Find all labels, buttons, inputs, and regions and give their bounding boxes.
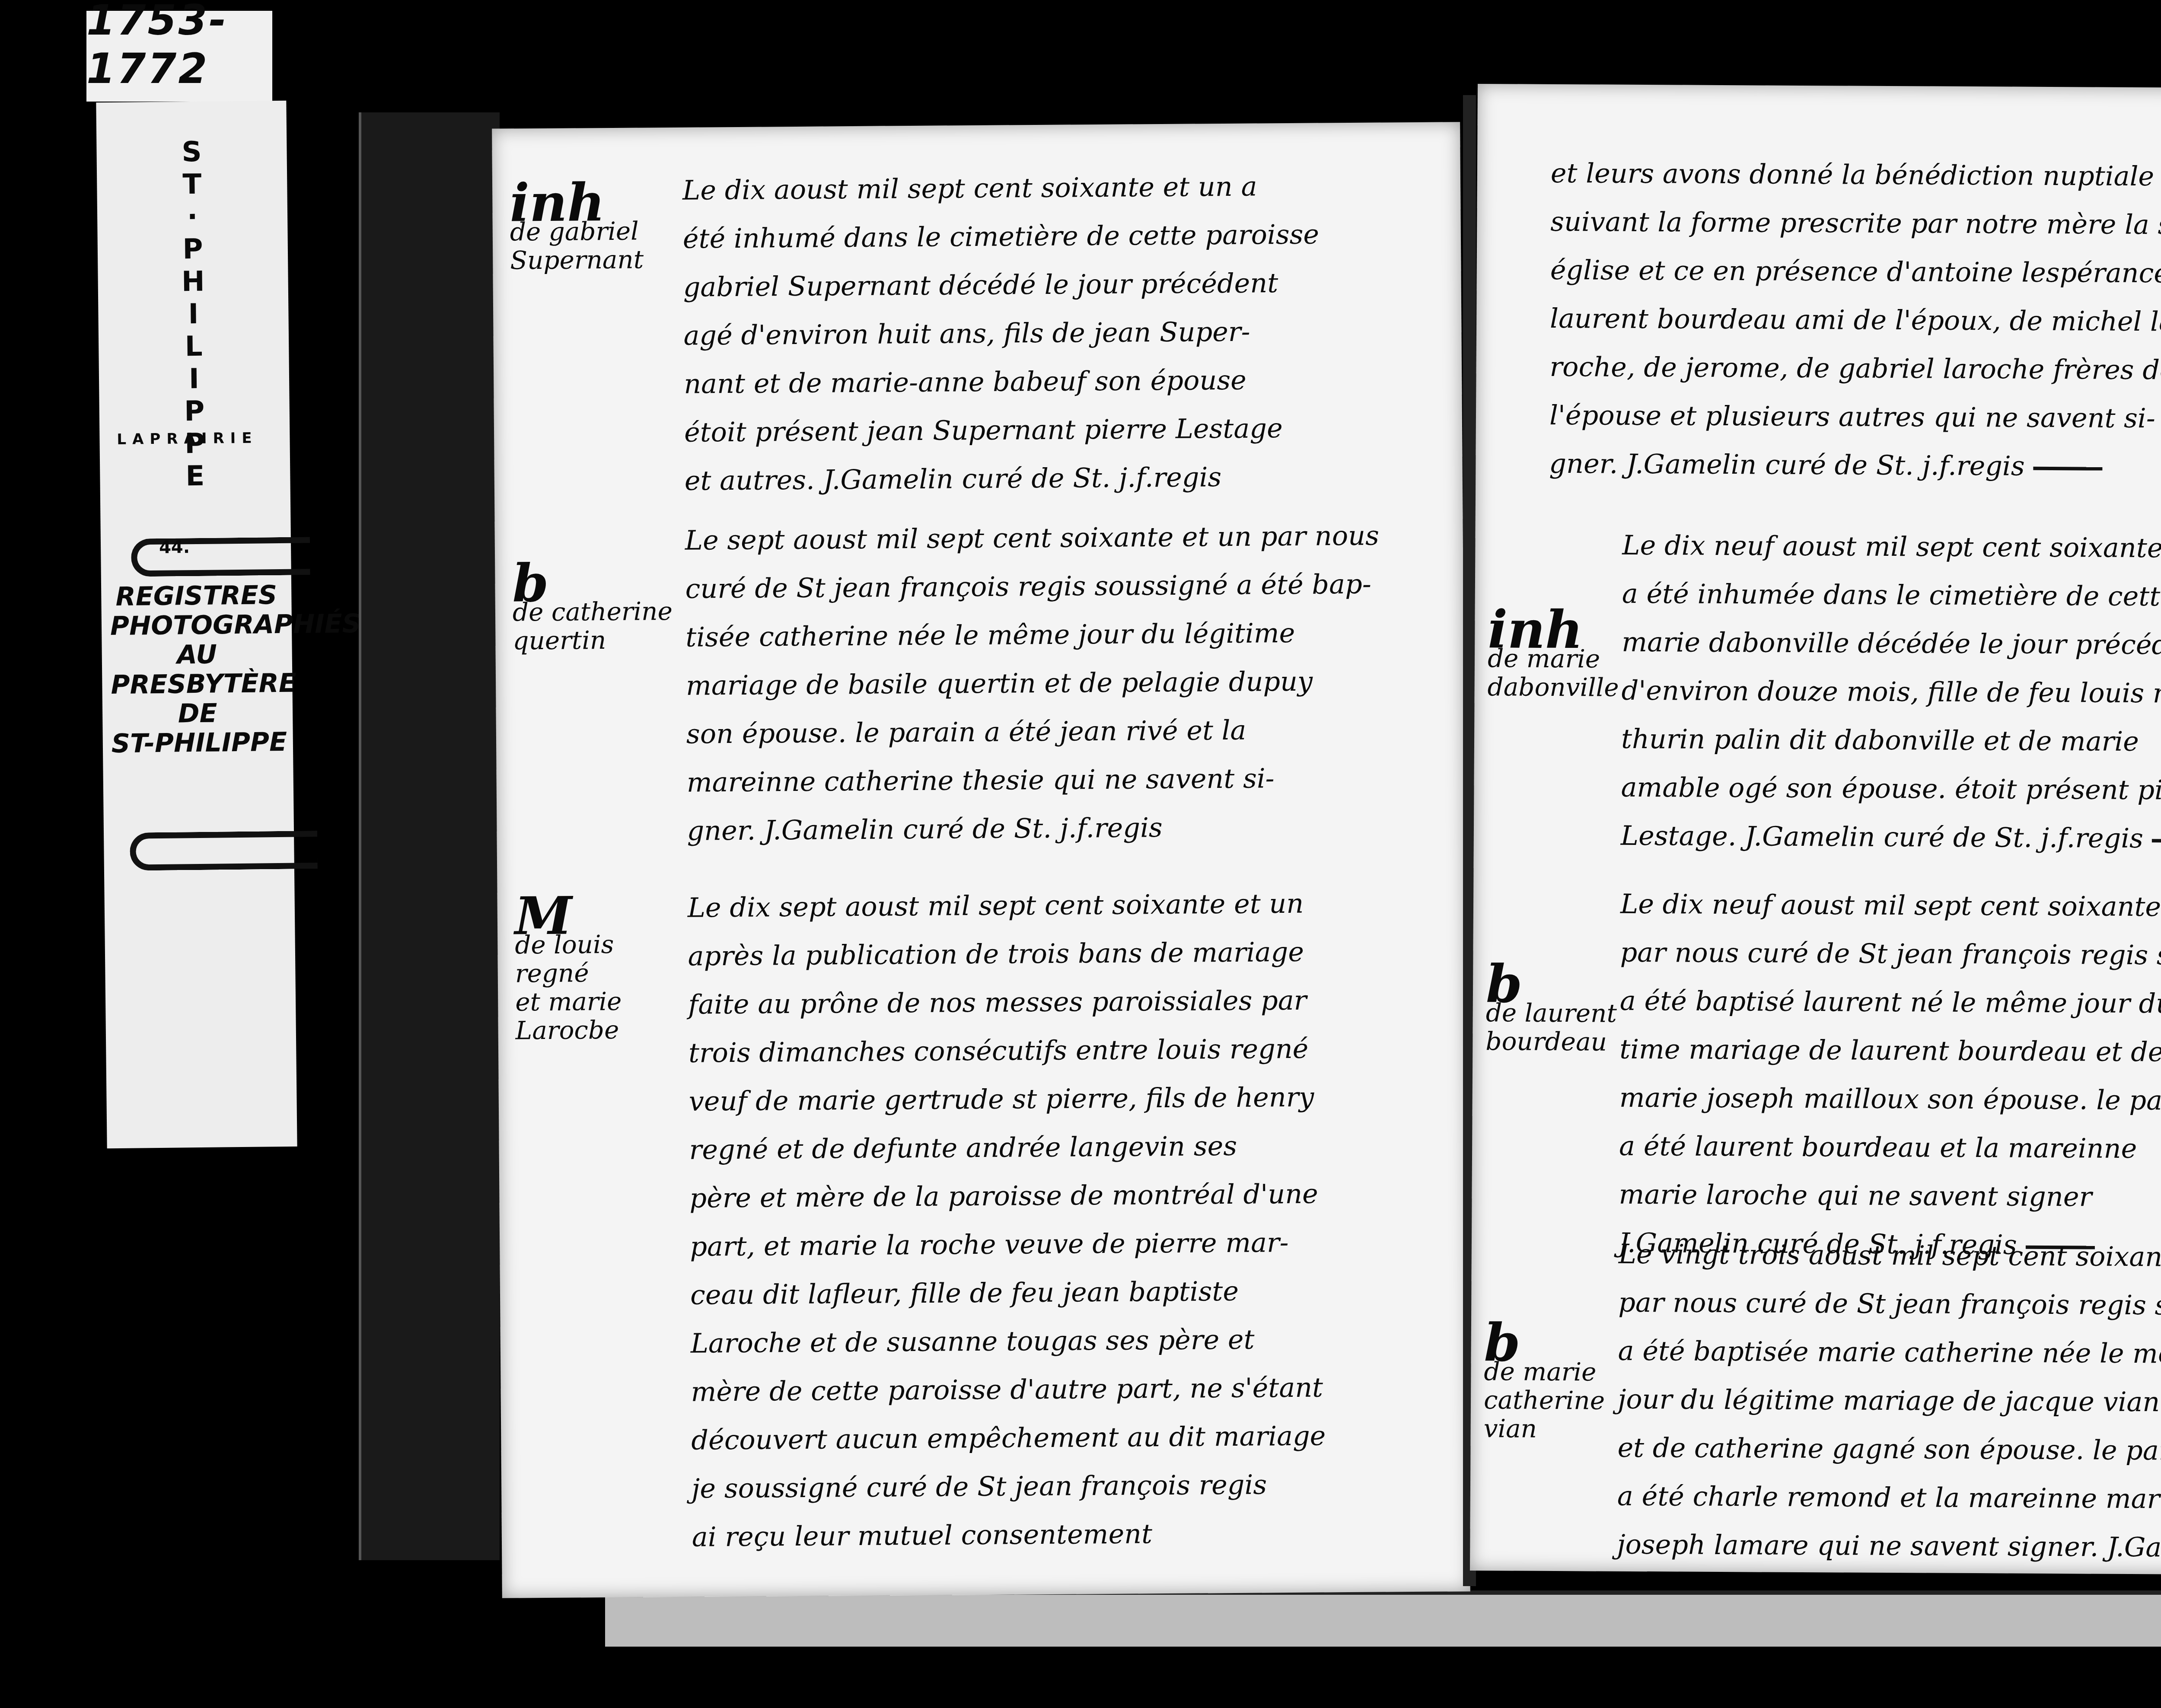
signature: Lestage. J.Gamelin curé de St. j.f.regis xyxy=(1621,812,2161,864)
margin-note: inh de gabriel Supernant xyxy=(510,188,644,274)
margin-note: b de marie catherine vian xyxy=(1484,1329,1605,1443)
year-range: 1753-1772 xyxy=(86,0,272,93)
left-page: inh de gabriel Supernant b de catherine … xyxy=(492,122,1470,1598)
marriage-entry: Le dix sept aoust mil sept cent soixante… xyxy=(687,879,1326,1561)
signature: St. j.f.regis xyxy=(1616,1569,2161,1622)
signature: gner. J.Gamelin curé de St. j.f.regis xyxy=(1549,440,2161,491)
signature: et autres. J.Gamelin curé de St. j.f.reg… xyxy=(684,452,1321,505)
baptism-entry: Le sept aoust mil sept cent soixante et … xyxy=(685,512,1381,855)
margin-note: inh de marie dabonville xyxy=(1488,615,1619,702)
burial-entry: Le dix aoust mil sept cent soixante et u… xyxy=(682,162,1321,505)
registry-stamp: REGISTRES PHOTOGRAPHIÉS AU PRESBYTÈRE DE… xyxy=(110,580,284,758)
paper-clip-icon xyxy=(131,537,310,577)
diocese-label: LAPRAIRIE xyxy=(117,429,258,448)
right-page: 33 et leurs avons donné la bénédiction n… xyxy=(1470,84,2161,1576)
year-range-tag: 1753-1772 xyxy=(86,11,272,102)
clip-number: 44. xyxy=(159,537,190,558)
burial-entry: Le dix neuf aoust mil sept cent soixante… xyxy=(1621,521,2161,864)
marriage-continued-entry: et leurs avons donné la bénédiction nupt… xyxy=(1549,149,2161,491)
baptism-entry: Le vingt trois aoust mil sept cent soixa… xyxy=(1616,1230,2161,1622)
book-spine-edge xyxy=(359,112,500,1560)
signature: gner. J.Gamelin curé de St. j.f.regis xyxy=(687,802,1381,855)
margin-note: b de laurent bourdeau xyxy=(1485,970,1617,1056)
margin-note: b de catherine quertin xyxy=(512,568,673,655)
margin-note: M de louis regné et marie Larocbe xyxy=(515,902,622,1045)
flourish xyxy=(2034,467,2103,471)
paper-clip-icon xyxy=(130,831,318,871)
flourish xyxy=(2152,839,2161,843)
parish-label-strip: S T · P H I L I P P E LAPRAIRIE 44. REGI… xyxy=(96,101,297,1148)
baptism-entry: Le dix neuf aoust mil sept cent soixante… xyxy=(1619,880,2161,1271)
